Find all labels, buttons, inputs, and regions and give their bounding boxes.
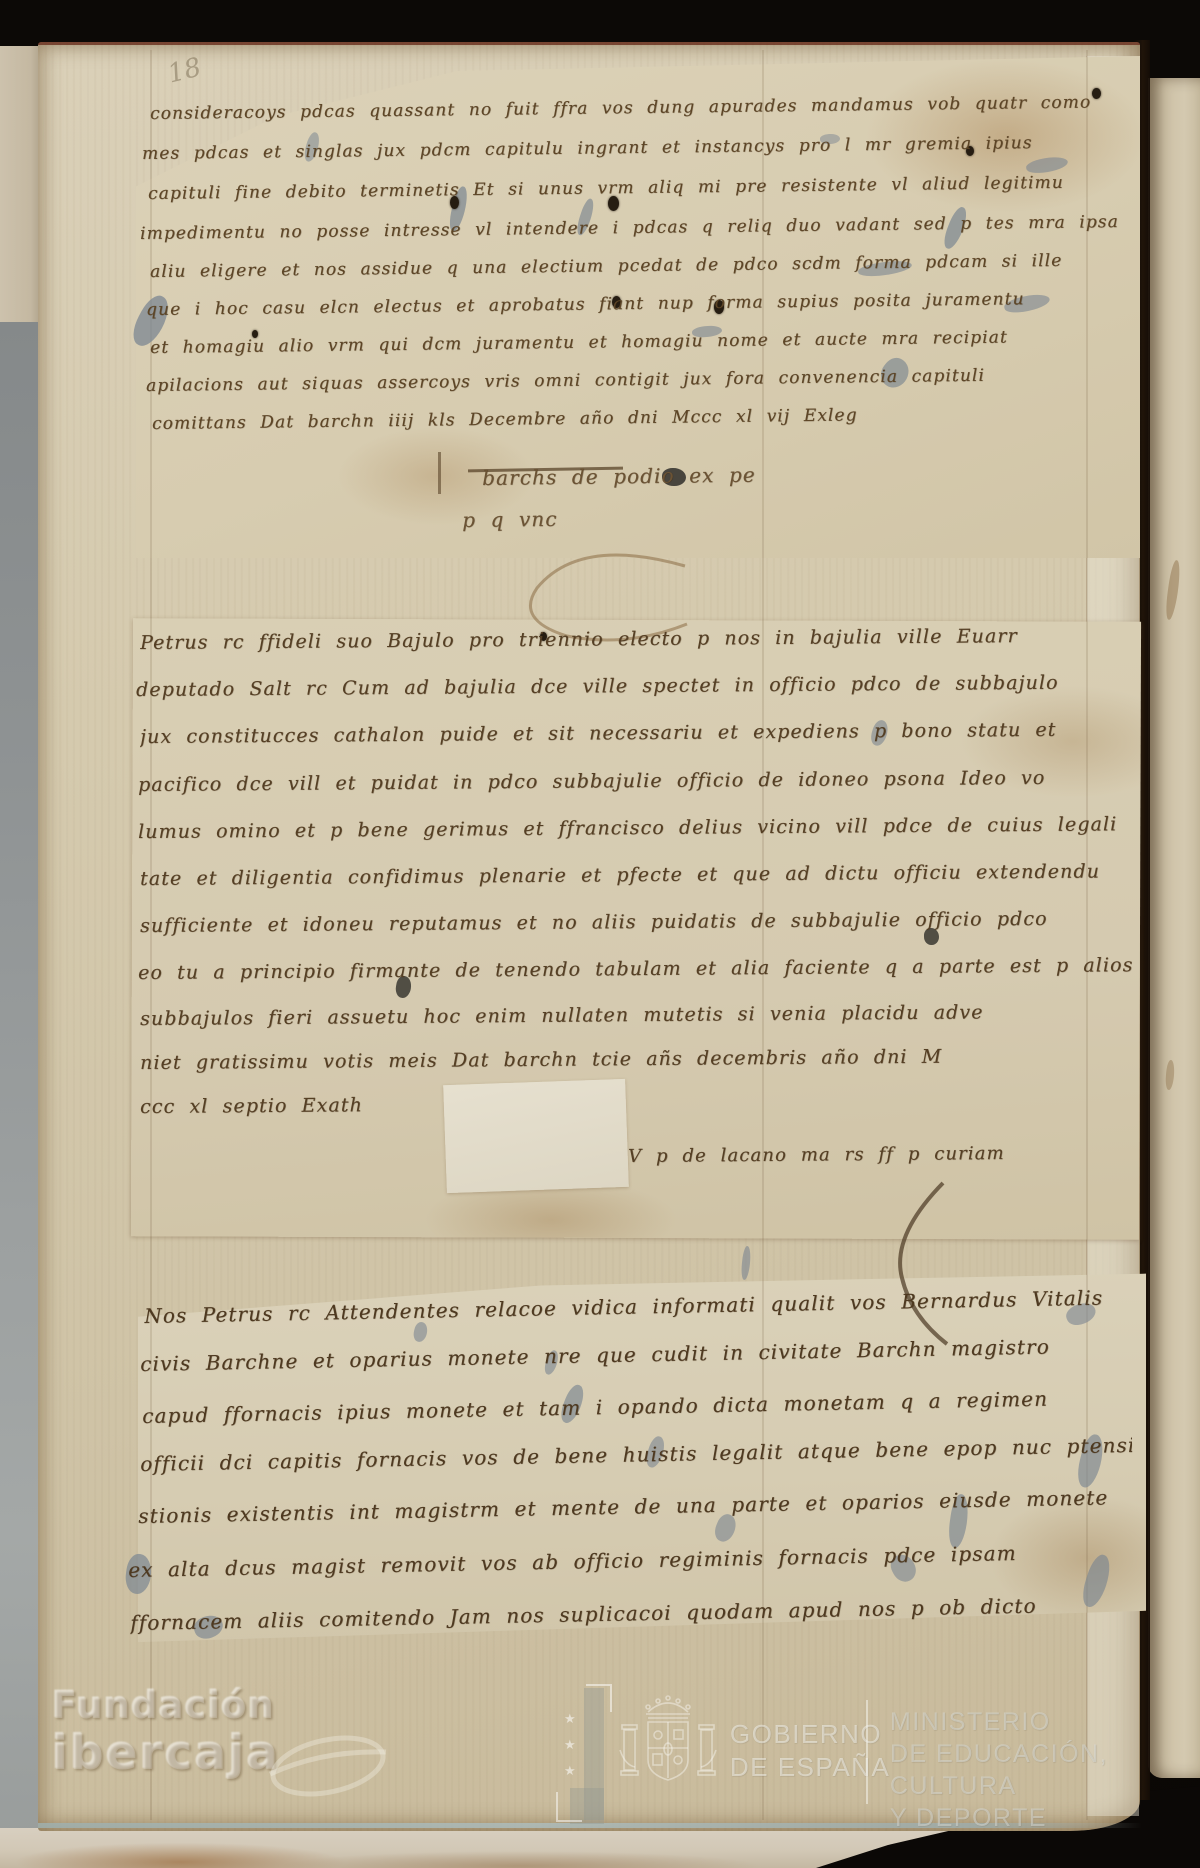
chancery-subscription-line: V p de lacano ma rs ff p curiam: [628, 1143, 1005, 1167]
flag-star-icon: ★: [564, 1764, 576, 1779]
manuscript-photo: 18 consideracoys pdcas quassant no fuit …: [0, 0, 1200, 1868]
stone-background-left: [0, 322, 42, 1838]
page-bottom-shadow: [38, 1823, 1142, 1828]
flag-star-icon: ★: [564, 1712, 576, 1727]
fold-line-right: [1086, 50, 1088, 1820]
signature-line: barchs de podio ex pe: [482, 463, 756, 490]
signature-flourish: p q vnc: [462, 507, 558, 532]
flag-star-icon: ★: [564, 1738, 576, 1753]
paper-repair-patch: [443, 1079, 629, 1193]
manuscript-text-line: ccc xl septio Exath: [140, 1094, 363, 1118]
signature-tick-mark: [438, 452, 441, 494]
next-folio-edge: [1148, 78, 1200, 1778]
